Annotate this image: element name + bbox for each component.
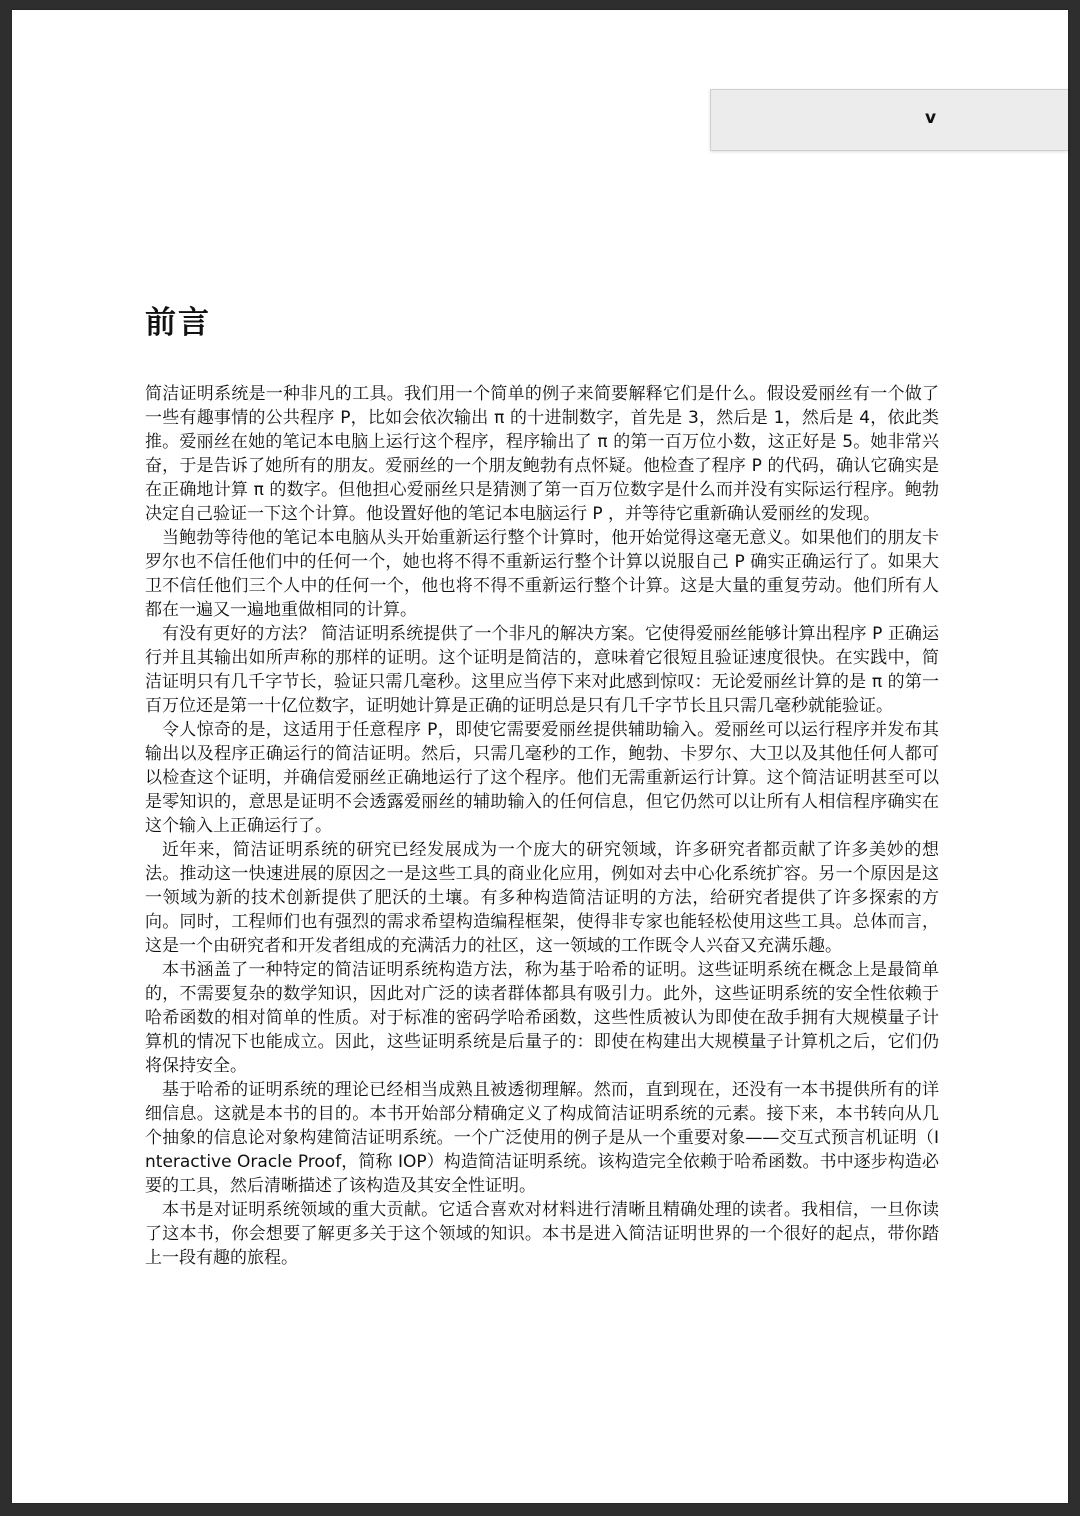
paragraph-7: 基于哈希的证明系统的理论已经相当成熟且被透彻理解。然而，直到现在，还没有一本书提… <box>145 1078 939 1198</box>
paragraph-4: 令人惊奇的是，这适用于任意程序 P，即使它需要爱丽丝提供辅助输入。爱丽丝可以运行… <box>145 718 939 838</box>
document-body: 简洁证明系统是一种非凡的工具。我们用一个简单的例子来简要解释它们是什么。假设爱丽… <box>145 382 939 1270</box>
page-title: 前言 <box>145 301 211 345</box>
chevron-down-icon[interactable]: v <box>925 108 936 128</box>
paragraph-2: 当鲍勃等待他的笔记本电脑从头开始重新运行整个计算时，他开始觉得这毫无意义。如果他… <box>145 526 939 622</box>
paragraph-6: 本书涵盖了一种特定的简洁证明系统构造方法，称为基于哈希的证明。这些证明系统在概念… <box>145 958 939 1078</box>
paragraph-8: 本书是对证明系统领域的重大贡献。它适合喜欢对材料进行清晰且精确处理的读者。我相信… <box>145 1198 939 1270</box>
paragraph-1: 简洁证明系统是一种非凡的工具。我们用一个简单的例子来简要解释它们是什么。假设爱丽… <box>145 382 939 526</box>
paragraph-5: 近年来，简洁证明系统的研究已经发展成为一个庞大的研究领域，许多研究者都贡献了许多… <box>145 838 939 958</box>
paragraph-3: 有没有更好的方法？ 简洁证明系统提供了一个非凡的解决方案。它使得爱丽丝能够计算出… <box>145 622 939 718</box>
viewer-dropdown-toggle[interactable]: v <box>710 89 1068 151</box>
